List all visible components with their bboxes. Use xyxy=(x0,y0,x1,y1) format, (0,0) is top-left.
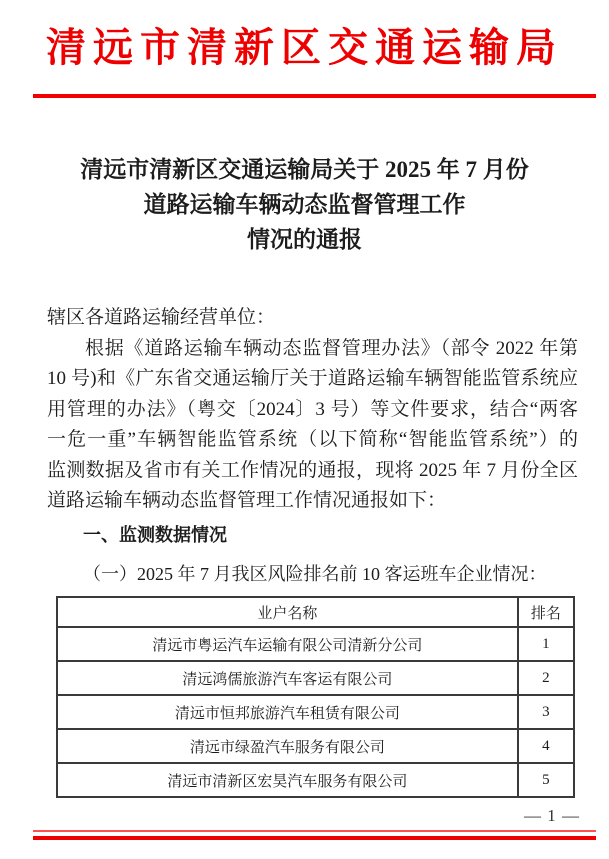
company-name-cell: 清远市绿盈汽车服务有限公司 xyxy=(57,729,518,763)
column-header-rank: 排名 xyxy=(518,597,574,627)
page-number: — 1 — xyxy=(524,806,580,826)
document-title-line-3: 情况的通报 xyxy=(0,222,609,257)
paragraph-line: 根据《道路运输车辆动态监督管理办法》（部令 2022 年第 xyxy=(47,334,578,365)
document-title: 清远市清新区交通运输局关于 2025 年 7 月份 道路运输车辆动态监督管理工作… xyxy=(0,152,609,257)
letterhead-red-rule xyxy=(33,94,596,98)
rank-cell: 4 xyxy=(518,729,574,763)
section-heading-monitoring-data: 一、监测数据情况 xyxy=(47,521,578,549)
table-row: 清远市恒邦旅游汽车租赁有限公司 3 xyxy=(57,695,574,729)
company-name-cell: 清远市粤运汽车运输有限公司清新分公司 xyxy=(57,627,518,661)
table-row: 清远市清新区宏昊汽车服务有限公司 5 xyxy=(57,763,574,797)
rank-cell: 2 xyxy=(518,661,574,695)
document-title-line-2: 道路运输车辆动态监督管理工作 xyxy=(0,187,609,222)
paragraph-line: 监测数据及省市有关工作情况的通报，现将 2025 年 7 月份全区 xyxy=(47,456,578,487)
document-body: 辖区各道路运输经营单位： 根据《道路运输车辆动态监督管理办法》（部令 2022 … xyxy=(47,303,578,589)
paragraph-line: 道路运输车辆动态监督管理工作情况通报如下： xyxy=(47,486,578,517)
paragraph-line: 10 号)和《广东省交通运输厅关于道路运输车辆智能监管系统应 xyxy=(47,364,578,395)
document-title-line-1: 清远市清新区交通运输局关于 2025 年 7 月份 xyxy=(0,152,609,187)
paragraph-line: 一危一重”车辆智能监管系统（以下简称“智能监管系统”）的 xyxy=(47,425,578,456)
table-row: 清远市粤运汽车运输有限公司清新分公司 1 xyxy=(57,627,574,661)
column-header-company-name: 业户名称 xyxy=(57,597,518,627)
table-header-row: 业户名称 排名 xyxy=(57,597,574,627)
company-name-cell: 清远市清新区宏昊汽车服务有限公司 xyxy=(57,763,518,797)
rank-cell: 5 xyxy=(518,763,574,797)
subsection-heading-top10-risk: （一）2025 年 7 月我区风险排名前 10 客运班车企业情况： xyxy=(47,559,578,589)
rank-cell: 3 xyxy=(518,695,574,729)
letterhead-agency-name: 清远市清新区交通运输局 xyxy=(0,22,609,74)
paragraph-line: 用管理的办法》（粤交〔2024〕3 号）等文件要求，结合“两客 xyxy=(47,395,578,426)
salutation: 辖区各道路运输经营单位： xyxy=(47,303,578,334)
company-name-cell: 清远鸿儒旅游汽车客运有限公司 xyxy=(57,661,518,695)
footer-red-rule-thin xyxy=(33,830,596,832)
footer-red-rule-thick xyxy=(33,836,596,840)
risk-ranking-table: 业户名称 排名 清远市粤运汽车运输有限公司清新分公司 1 清远鸿儒旅游汽车客运有… xyxy=(56,596,575,798)
document-page: 清远市清新区交通运输局 清远市清新区交通运输局关于 2025 年 7 月份 道路… xyxy=(0,0,609,859)
table-row: 清远市绿盈汽车服务有限公司 4 xyxy=(57,729,574,763)
table-row: 清远鸿儒旅游汽车客运有限公司 2 xyxy=(57,661,574,695)
company-name-cell: 清远市恒邦旅游汽车租赁有限公司 xyxy=(57,695,518,729)
rank-cell: 1 xyxy=(518,627,574,661)
